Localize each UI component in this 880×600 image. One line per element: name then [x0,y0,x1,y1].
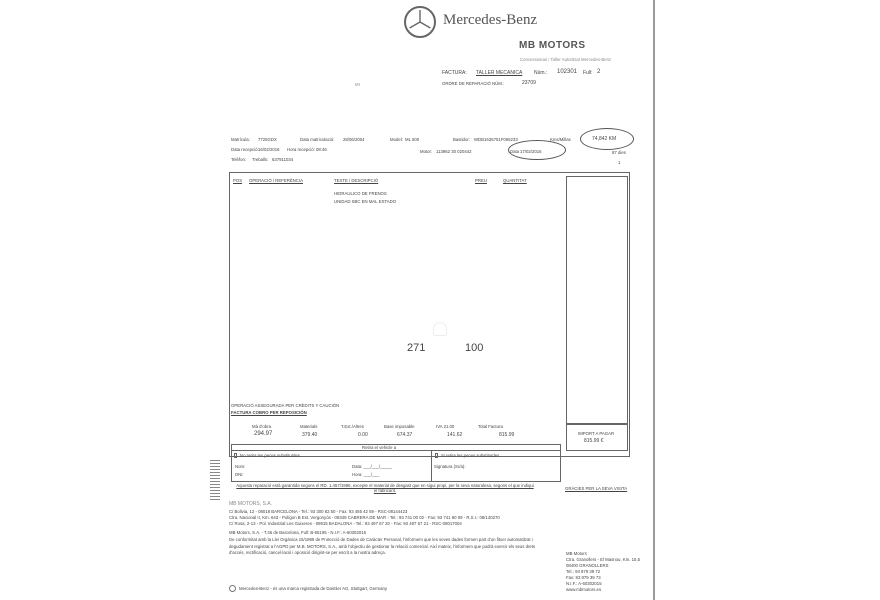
phone-value: 637911034 [272,157,293,162]
overlay-number-b: 100 [465,342,483,354]
invoice-num-label: Núm.: [534,70,547,76]
overlay-number-a: 271 [407,342,425,354]
engine-label: Motor: [420,149,432,154]
amount-due-label: IMPORT A PAGAR [578,431,614,436]
total-label-other: T.Ext./Altres [341,424,364,429]
withdrawal-title: Retira el vehicle a [362,445,396,450]
page-number: 2 [597,69,600,75]
price-column-box [566,176,628,424]
dealer-tagline: Concessionari i Taller Autoritzat Merced… [520,57,611,62]
side-web: www.mbmotors.es [566,587,601,592]
total-value-vat: 141.62 [447,432,462,438]
no-withdraw-label: No retira les peces substituïdes [240,453,300,458]
billing-note: FACTURA COBRO PER REPOSICIÓN [231,410,307,415]
col-description: TEXTE / DESCRIPCIÓ [334,178,378,183]
total-label-base: Base imposable [384,424,415,429]
address-line-1: C/ Bolivia, 12 - 08018 BARCELONA - Tel.:… [229,509,407,514]
name-label: Nom: [235,464,245,469]
invoice-label: FACTURA: [442,70,467,76]
side-fax: Fax: 93 879 39 73 [566,575,601,580]
km-circle-annotation [580,128,634,150]
col-operation: OPERACIÓ / REFERÈNCIA [249,178,303,183]
time-field: Hora: ___/___ [352,472,379,477]
insured-note: OPERACIÓ ASSEGURADA PER CRÈDITS Y CAUCIÓ… [231,403,339,408]
total-value-invoice: 815.99 [499,432,514,438]
side-address: Ctra. Granollers - El Masnou, Km. 15,5 [566,557,640,562]
withdrawal-divider [431,451,432,482]
chassis-label: Bastidor: [453,137,470,142]
page-label: Full: [583,70,592,76]
thanks-text: GRÀCIES PER LA SEVA VISITA [565,486,627,491]
address-line-2: Ctra. Nacional II, Km. 643 - Polígon B E… [229,515,500,520]
repair-order-number: 23709 [522,80,536,86]
total-label-labor: Mà d'obra [252,424,271,429]
vertical-stamp [210,460,220,500]
total-value-base: 674.37 [397,432,412,438]
invoice-type: TALLER MECANICA [476,70,522,76]
registry-line: MB Motors, S.A. - T.46 de Barcelona, Ful… [229,530,366,535]
pickup-date-label: Data recepció: [231,147,259,152]
total-label-vat: IVA 21.00 [436,424,454,429]
work-label: Treballs: [252,157,268,162]
col-quantity: QUANTITAT [503,178,527,183]
page-edge [653,0,655,600]
pickup-time-value: 08:46 [316,147,327,152]
brand-name: Mercedes-Benz [443,12,537,29]
col-price: PREU [475,178,487,183]
pickup-date-value: 16/02/2016 [258,147,280,152]
dni-label: DNI: [235,472,244,477]
signature-label: Signatura (Sr/a): [434,464,466,469]
repair-order-label: ORDRE DE REPARACIÓ NÚM.: [442,81,504,86]
faint-icon [433,322,447,336]
checkbox-no-withdraw[interactable] [234,453,237,458]
model-label: Model: [390,137,403,142]
dealer-name: MB MOTORS [519,40,586,51]
withdraw-label: Si retira les peces substituïdes [441,453,499,458]
engine-value: 113962 30 020442 [436,149,472,154]
total-value-materials: 379.40 [302,432,317,438]
side-tel: Tel.: 93 879 39 72 [566,569,600,574]
plate-value: 7725GDX [258,137,277,142]
total-value-labor: 294.97 [254,431,272,437]
side-nif: N.I.F.: A-60302015 [566,581,602,586]
address-line-3: C/ Rosa, 2-13 - Pol. Industrial Les Guix… [229,521,462,526]
date-field: Data: ___/___/_____ [352,464,392,469]
phone-label: Telèfon: [231,157,246,162]
chassis-value: WDB1636751F065233 [474,137,518,142]
warranty-text: Aquesta reparació està garantida segons … [235,483,535,493]
scan-mark: MI [355,82,360,87]
plate-label: Matrícula: [231,137,250,142]
mercedes-small-icon [229,585,236,592]
warranty-note: Aquesta reparació està garantida segons … [229,482,560,494]
reg-date-value: 28/06/2004 [343,137,365,142]
date-circle-annotation [508,140,566,160]
trademark-line: Mercedes-Benz - és una marca registrada … [239,586,387,591]
invoice-number: 102301 [557,69,577,75]
total-label-invoice: Total Factura [478,424,503,429]
col-pos: POS [233,178,242,183]
side-city: 08400 GRANOLLERS [566,563,609,568]
checkbox-withdraw[interactable] [435,453,438,458]
company-name: MB MOTORS, S.A. [229,501,272,507]
total-label-materials: Materials [300,424,317,429]
pickup-time-label: Hora recepció: [287,147,315,152]
mercedes-star-icon [404,6,436,38]
days-value: 87 dies [612,150,626,155]
side-company: MB Motors [566,551,587,556]
reg-date-label: Data matriculació: [300,137,334,142]
extra-mark: 1 [618,160,620,165]
amount-due-value: 815.99 € [584,438,603,444]
total-value-other: 0.00 [358,432,368,438]
line-item: HIDRAULICO DE FRENOS [334,191,387,196]
model-value: ML 500 [405,137,419,142]
line-item: UNIDAD SBC EN MAL ESTADO [334,199,396,204]
privacy-notice: De conformitat amb la Llei Orgànica 15/1… [229,537,539,577]
